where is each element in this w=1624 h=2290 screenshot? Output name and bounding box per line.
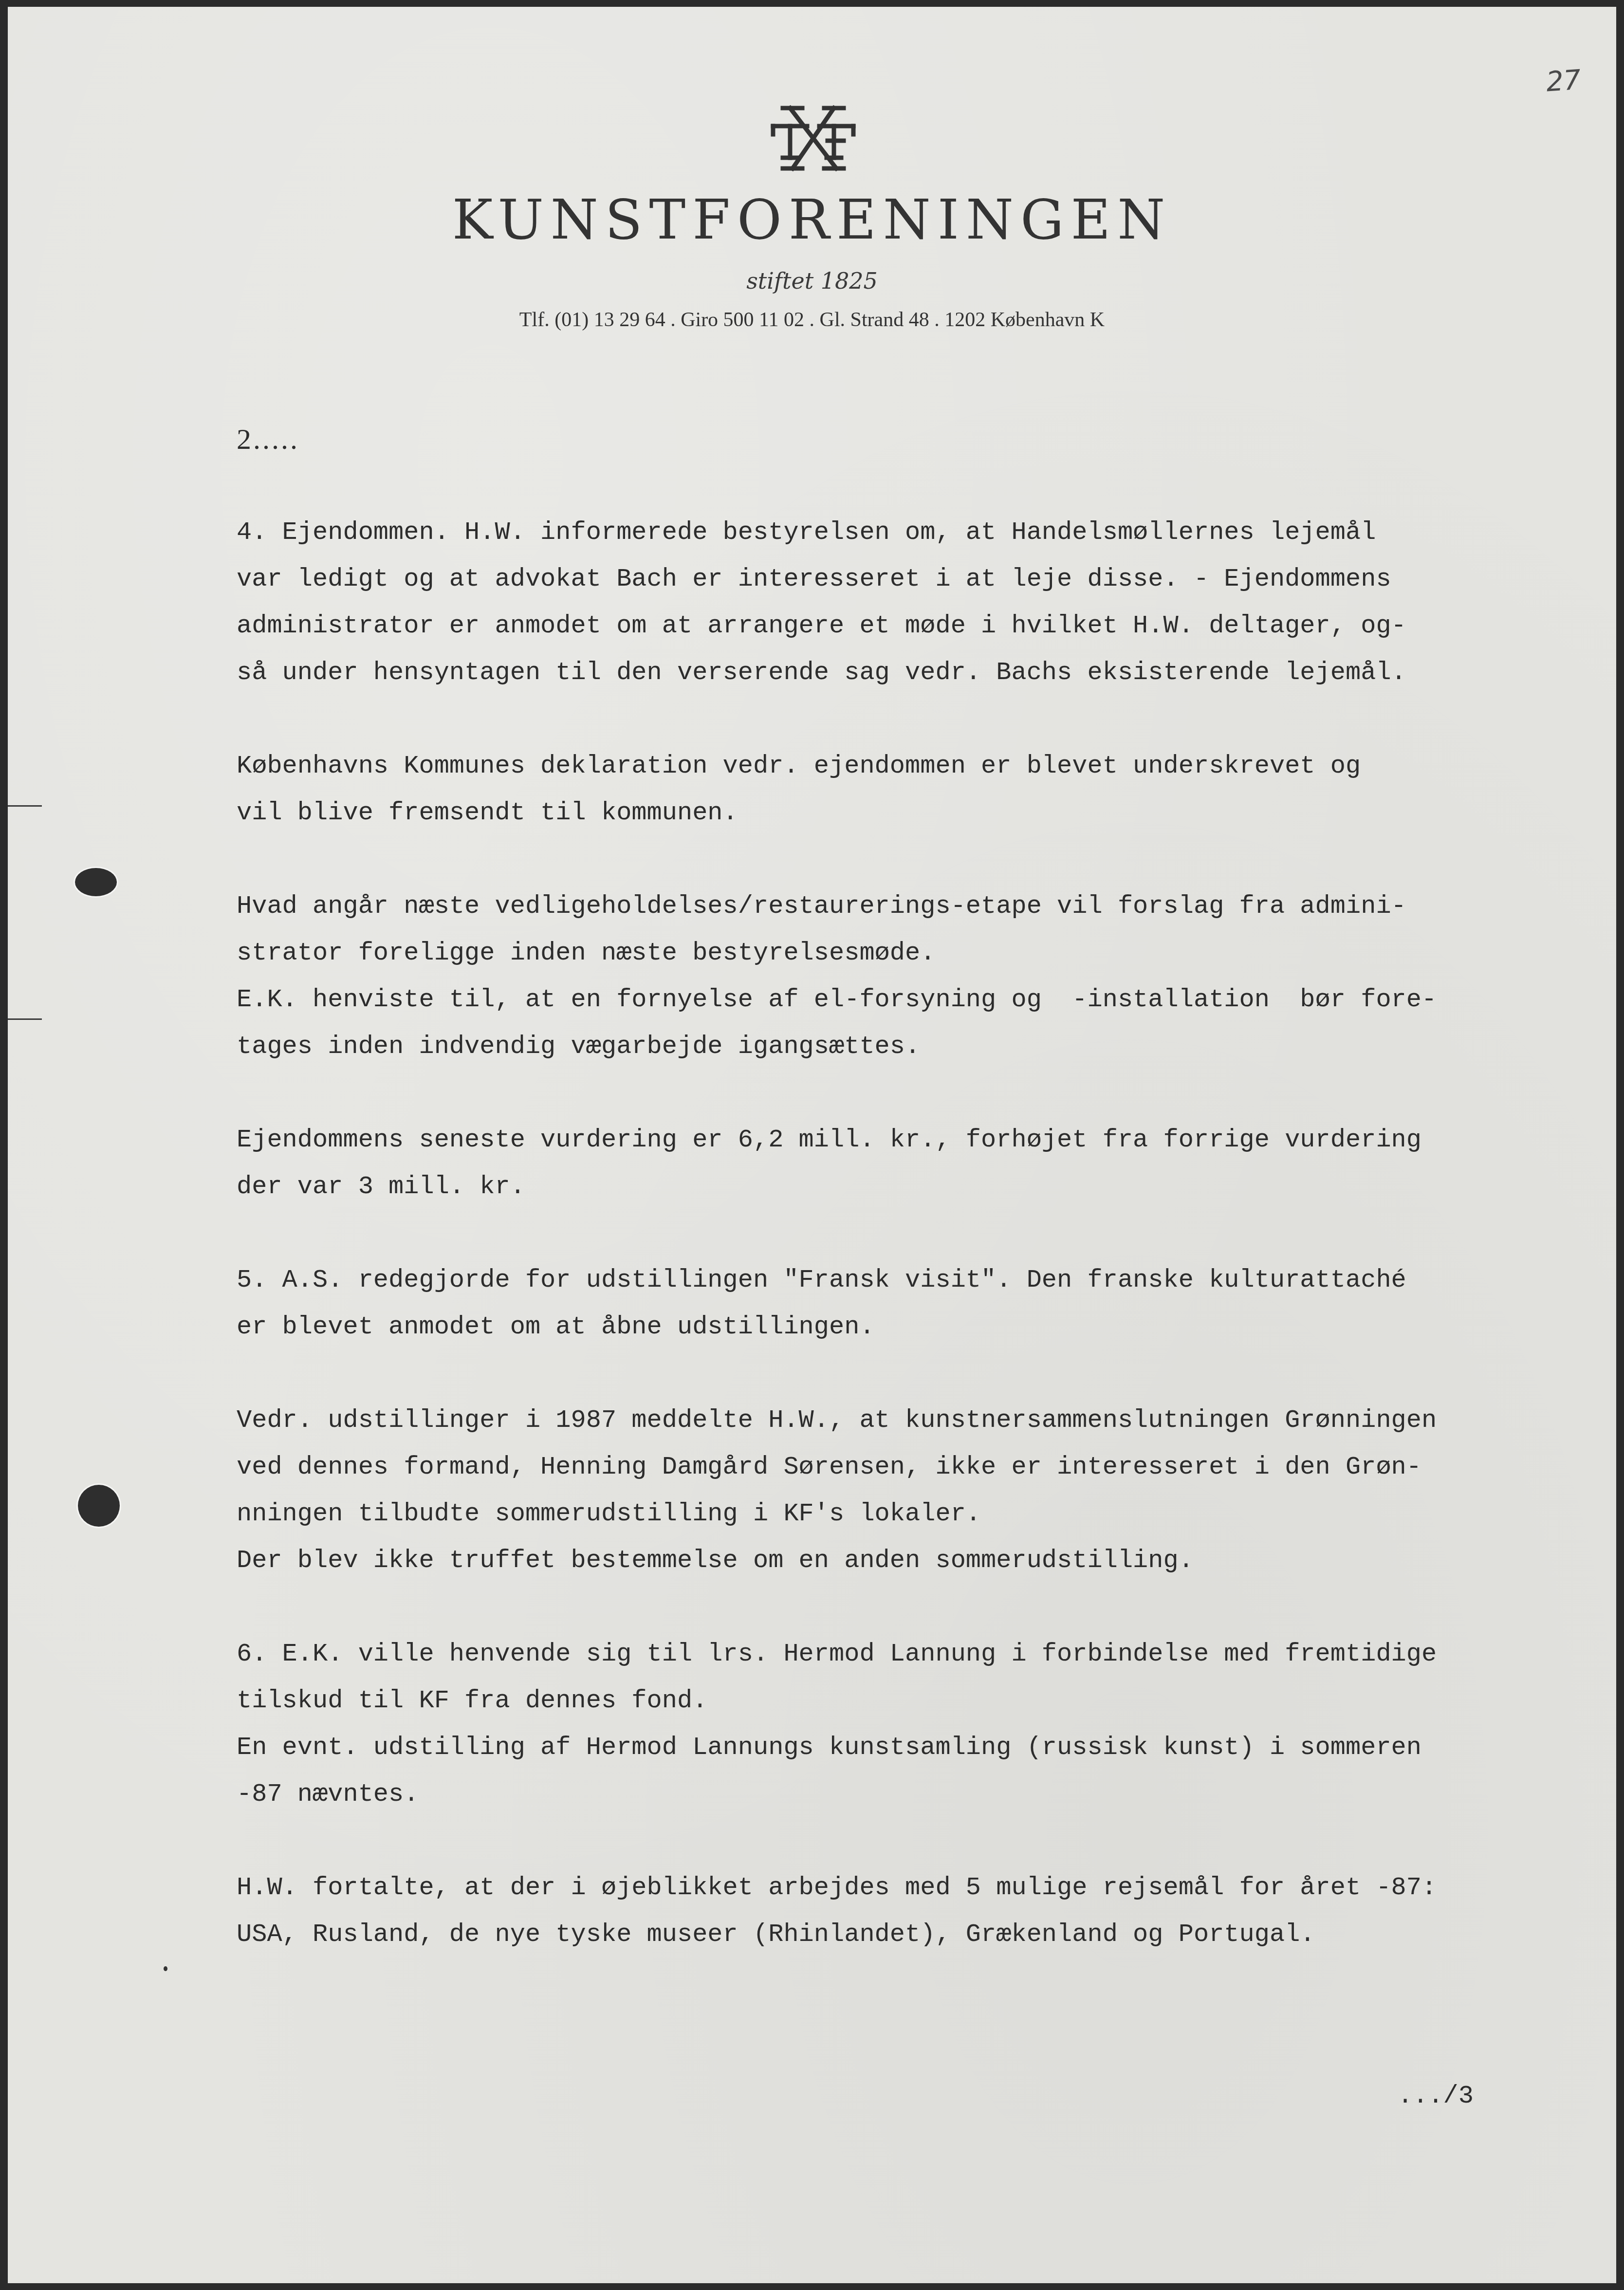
text-line: 4. Ejendommen. H.W. informerede bestyrel… bbox=[237, 509, 1575, 556]
text-line: så under hensyntagen til den verserende … bbox=[237, 649, 1575, 696]
text-line: Der blev ikke truffet bestemmelse om en … bbox=[237, 1537, 1575, 1584]
paragraph: Vedr. udstillinger i 1987 meddelte H.W.,… bbox=[237, 1397, 1575, 1584]
text-line: tages inden indvendig vægarbejde igangsæ… bbox=[237, 1023, 1575, 1070]
text-line: USA, Rusland, de nye tyske museer (Rhinl… bbox=[237, 1911, 1575, 1958]
paragraph: Hvad angår næste vedligeholdelses/restau… bbox=[237, 883, 1575, 1070]
punch-hole bbox=[78, 1485, 120, 1527]
text-line: En evnt. udstilling af Hermod Lannungs k… bbox=[237, 1724, 1575, 1771]
document-page: 27 KUNSTFORENINGEN stiftet 18 bbox=[8, 7, 1616, 2283]
letterhead: KUNSTFORENINGEN stiftet 1825 Tlf. (01) 1… bbox=[8, 104, 1616, 330]
organization-name: KUNSTFORENINGEN bbox=[8, 193, 1616, 247]
text-line: E.K. henviste til, at en fornyelse af el… bbox=[237, 977, 1575, 1023]
page-reference: 2..... bbox=[237, 416, 1575, 462]
text-line: strator foreligge inden næste bestyrelse… bbox=[237, 930, 1575, 977]
text-line: er blevet anmodet om at åbne udstillinge… bbox=[237, 1304, 1575, 1350]
text-line: tilskud til KF fra dennes fond. bbox=[237, 1678, 1575, 1724]
contact-info: Tlf. (01) 13 29 64 . Giro 500 11 02 . Gl… bbox=[8, 310, 1616, 330]
paragraph: Københavns Kommunes deklaration vedr. ej… bbox=[237, 743, 1575, 836]
punch-hole bbox=[75, 868, 117, 896]
text-line: H.W. fortalte, at der i øjeblikket arbej… bbox=[237, 1865, 1575, 1911]
fold-mark bbox=[8, 805, 42, 807]
continuation-marker: .../3 bbox=[1398, 2082, 1474, 2110]
text-line: Ejendommens seneste vurdering er 6,2 mil… bbox=[237, 1117, 1575, 1163]
text-line: Vedr. udstillinger i 1987 meddelte H.W.,… bbox=[237, 1397, 1575, 1444]
text-line: nningen tilbudte sommerudstilling i KF's… bbox=[237, 1491, 1575, 1537]
text-line: 6. E.K. ville henvende sig til lrs. Herm… bbox=[237, 1631, 1575, 1678]
text-line: Hvad angår næste vedligeholdelses/restau… bbox=[237, 883, 1575, 930]
text-line: administrator er anmodet om at arrangere… bbox=[237, 603, 1575, 649]
text-line: der var 3 mill. kr. bbox=[237, 1163, 1575, 1210]
text-line: Københavns Kommunes deklaration vedr. ej… bbox=[237, 743, 1575, 790]
paragraph: 4. Ejendommen. H.W. informerede bestyrel… bbox=[237, 509, 1575, 696]
paragraph: Ejendommens seneste vurdering er 6,2 mil… bbox=[237, 1117, 1575, 1210]
handwritten-page-number: 27 bbox=[1545, 64, 1582, 98]
fold-mark bbox=[8, 1018, 42, 1020]
minutes-body: 2..... 4. Ejendommen. H.W. informerede b… bbox=[237, 416, 1575, 1958]
founded-year: stiftet 1825 bbox=[8, 270, 1616, 292]
text-line: vil blive fremsendt til kommunen. bbox=[237, 790, 1575, 836]
text-line: ved dennes formand, Henning Damgård Søre… bbox=[237, 1444, 1575, 1491]
paragraph: 6. E.K. ville henvende sig til lrs. Herm… bbox=[237, 1631, 1575, 1818]
paragraph: H.W. fortalte, at der i øjeblikket arbej… bbox=[237, 1865, 1575, 1958]
ink-speck bbox=[164, 1966, 167, 1971]
kf-monogram-icon bbox=[763, 104, 861, 172]
text-line: var ledigt og at advokat Bach er interes… bbox=[237, 556, 1575, 603]
text-line: -87 nævntes. bbox=[237, 1771, 1575, 1818]
paragraph: 5. A.S. redegjorde for udstillingen "Fra… bbox=[237, 1257, 1575, 1350]
paragraphs: 4. Ejendommen. H.W. informerede bestyrel… bbox=[237, 509, 1575, 1958]
text-line: 5. A.S. redegjorde for udstillingen "Fra… bbox=[237, 1257, 1575, 1304]
